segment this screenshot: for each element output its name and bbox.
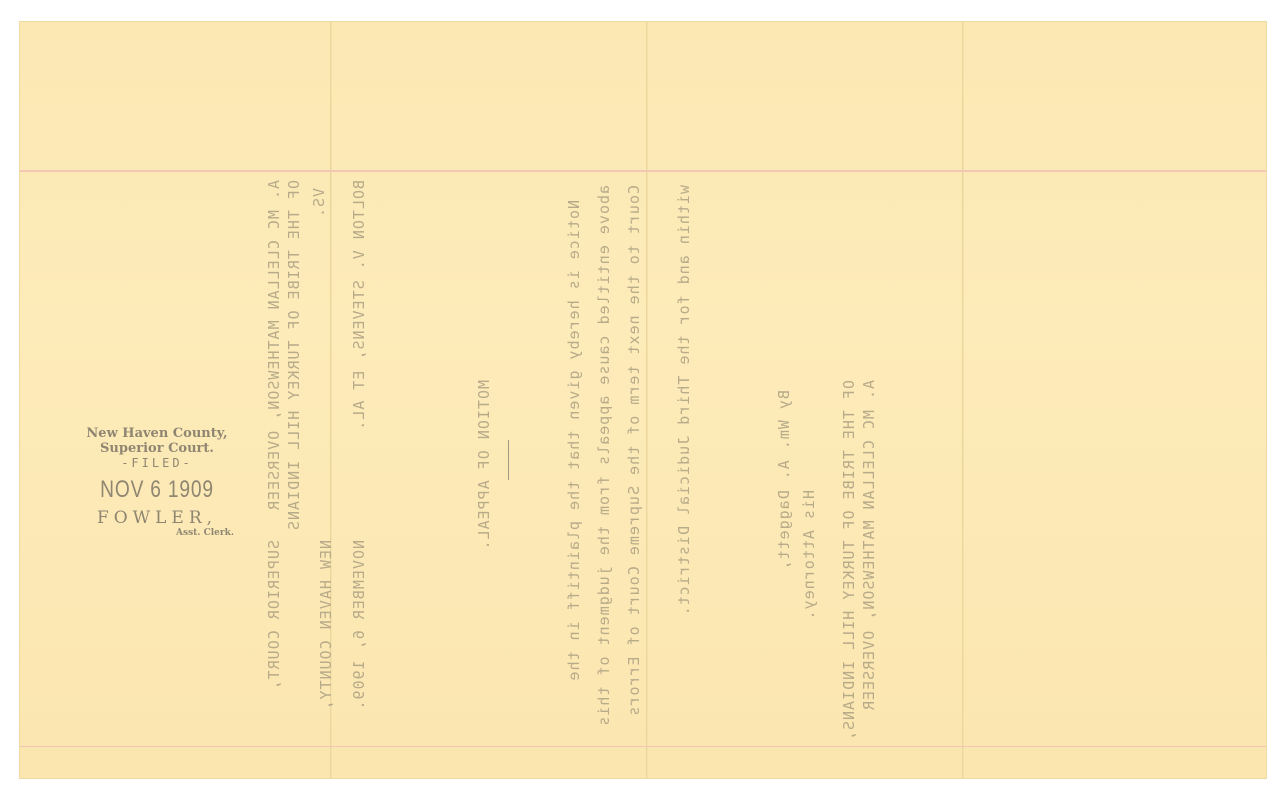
caption-plaintiff-line1: A. MC CLELLAN MATHEWSON, OVERSEER	[265, 180, 283, 511]
signature-party-line2: OF THE TRIBE OF TURKEY HILL INDIANS,	[840, 380, 858, 741]
stamp-filed: -FILED-	[62, 456, 252, 470]
caption-county: NEW HAVEN COUNTY,	[317, 540, 335, 711]
body-line-2: above entitled cause appeals from the ju…	[595, 185, 613, 727]
ruled-line-bottom	[20, 746, 1266, 747]
stamp-date: NOV 6 1909	[81, 476, 233, 504]
stamp-clerk: FOWLER,	[62, 508, 252, 528]
document-page	[20, 22, 1266, 778]
title-rule	[508, 440, 509, 480]
stamp-clerk-title: Asst. Clerk.	[62, 528, 252, 538]
caption-court: SUPERIOR COURT,	[265, 540, 283, 690]
fold-line	[646, 22, 648, 778]
signature-role: His Attorney.	[800, 490, 818, 620]
filed-stamp: New Haven County, Superior Court. -FILED…	[62, 426, 252, 538]
caption-defendant: BOLTON V. STEVENS, ET AL.	[350, 180, 368, 431]
caption-plaintiff-line2: OF THE TRIBE OF TURKEY HILL INDIANS	[285, 180, 303, 531]
caption-date: NOVEMBER 6, 1909.	[350, 540, 368, 711]
fold-line	[962, 22, 964, 778]
caption-versus: VS.	[310, 188, 328, 218]
signature-party: A. MC CLELLAN MATHEWSON, OVERSEER	[860, 380, 878, 711]
ruled-line-top	[20, 170, 1266, 172]
document-title: MOTION OF APPEAL.	[475, 380, 493, 551]
stamp-court: Superior Court.	[62, 441, 252, 456]
body-line-3: Court to the next term of the Supreme Co…	[625, 185, 643, 717]
body-line-4: within and for the Third Judicial Distri…	[675, 185, 693, 616]
signature-by: By Wm. A. Daggett,	[775, 390, 793, 571]
body-line-1: Notice is hereby given that the plaintif…	[565, 200, 583, 681]
stamp-county: New Haven County,	[62, 426, 252, 441]
